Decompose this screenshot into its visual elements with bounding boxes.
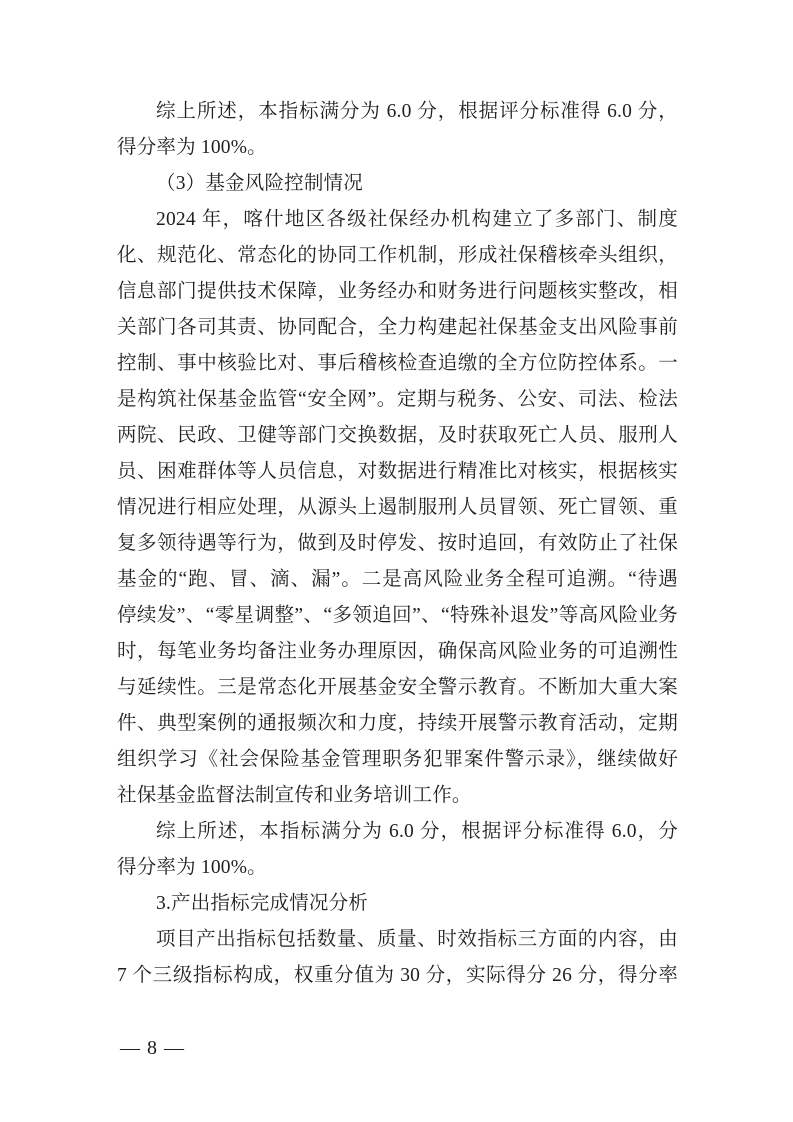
paragraph: 综上所述，本指标满分为 6.0 分，根据评分标准得 6.0 分，得分率为 100… — [117, 94, 678, 166]
text-line: 2024 年，喀什地区各级社保经办机构建立了多部门、制度 — [117, 202, 678, 238]
text-line: 员、困难群体等人员信息，对数据进行精准比对核实，根据核实 — [117, 454, 678, 490]
text-line: 复多领待遇等行为，做到及时停发、按时追回，有效防止了社保 — [117, 526, 678, 562]
paragraph: 3.产出指标完成情况分析 — [117, 886, 678, 922]
text-line: 7 个三级指标构成，权重分值为 30 分，实际得分 26 分，得分率 — [117, 958, 678, 994]
paragraph: 项目产出指标包括数量、质量、时效指标三方面的内容，由7 个三级指标构成，权重分值… — [117, 922, 678, 994]
text-line: 得分率为 100%。 — [117, 130, 678, 166]
text-line: 与延续性。三是常态化开展基金安全警示教育。不断加大重大案 — [117, 670, 678, 706]
text-line: 组织学习《社会保险基金管理职务犯罪案件警示录》，继续做好 — [117, 742, 678, 778]
text-line: 情况进行相应处理，从源头上遏制服刑人员冒领、死亡冒领、重 — [117, 490, 678, 526]
text-line: 时，每笔业务均备注业务办理原因，确保高风险业务的可追溯性 — [117, 634, 678, 670]
page-footer: — 8 — — [120, 1035, 185, 1061]
text-line: 关部门各司其责、协同配合，全力构建起社保基金支出风险事前 — [117, 310, 678, 346]
text-line: 信息部门提供技术保障，业务经办和财务进行问题核实整改，相 — [117, 274, 678, 310]
text-line: （3）基金风险控制情况 — [117, 166, 678, 202]
paragraph: 综上所述，本指标满分为 6.0 分，根据评分标准得 6.0，分得分率为 100%… — [117, 814, 678, 886]
text-line: 基金的“跑、冒、滴、漏”。二是高风险业务全程可追溯。“待遇 — [117, 562, 678, 598]
text-line: 是构筑社保基金监管“安全网”。定期与税务、公安、司法、检法 — [117, 382, 678, 418]
text-line: 3.产出指标完成情况分析 — [117, 886, 678, 922]
text-line: 件、典型案例的通报频次和力度，持续开展警示教育活动，定期 — [117, 706, 678, 742]
text-line: 化、规范化、常态化的协同工作机制，形成社保稽核牵头组织， — [117, 238, 678, 274]
document-page: 综上所述，本指标满分为 6.0 分，根据评分标准得 6.0 分，得分率为 100… — [0, 0, 793, 1122]
text-line: 项目产出指标包括数量、质量、时效指标三方面的内容，由 — [117, 922, 678, 958]
paragraph: （3）基金风险控制情况 — [117, 166, 678, 202]
paragraph: 2024 年，喀什地区各级社保经办机构建立了多部门、制度化、规范化、常态化的协同… — [117, 202, 678, 814]
text-line: 社保基金监督法制宣传和业务培训工作。 — [117, 778, 678, 814]
text-line: 综上所述，本指标满分为 6.0 分，根据评分标准得 6.0，分 — [117, 814, 678, 850]
document-body: 综上所述，本指标满分为 6.0 分，根据评分标准得 6.0 分，得分率为 100… — [117, 94, 678, 994]
text-line: 得分率为 100%。 — [117, 850, 678, 886]
text-line: 停续发”、“零星调整”、“多领追回”、“特殊补退发”等高风险业务 — [117, 598, 678, 634]
text-line: 两院、民政、卫健等部门交换数据，及时获取死亡人员、服刑人 — [117, 418, 678, 454]
text-line: 控制、事中核验比对、事后稽核检查追缴的全方位防控体系。一 — [117, 346, 678, 382]
text-line: 综上所述，本指标满分为 6.0 分，根据评分标准得 6.0 分， — [117, 94, 678, 130]
page-number: — 8 — — [120, 1037, 185, 1059]
